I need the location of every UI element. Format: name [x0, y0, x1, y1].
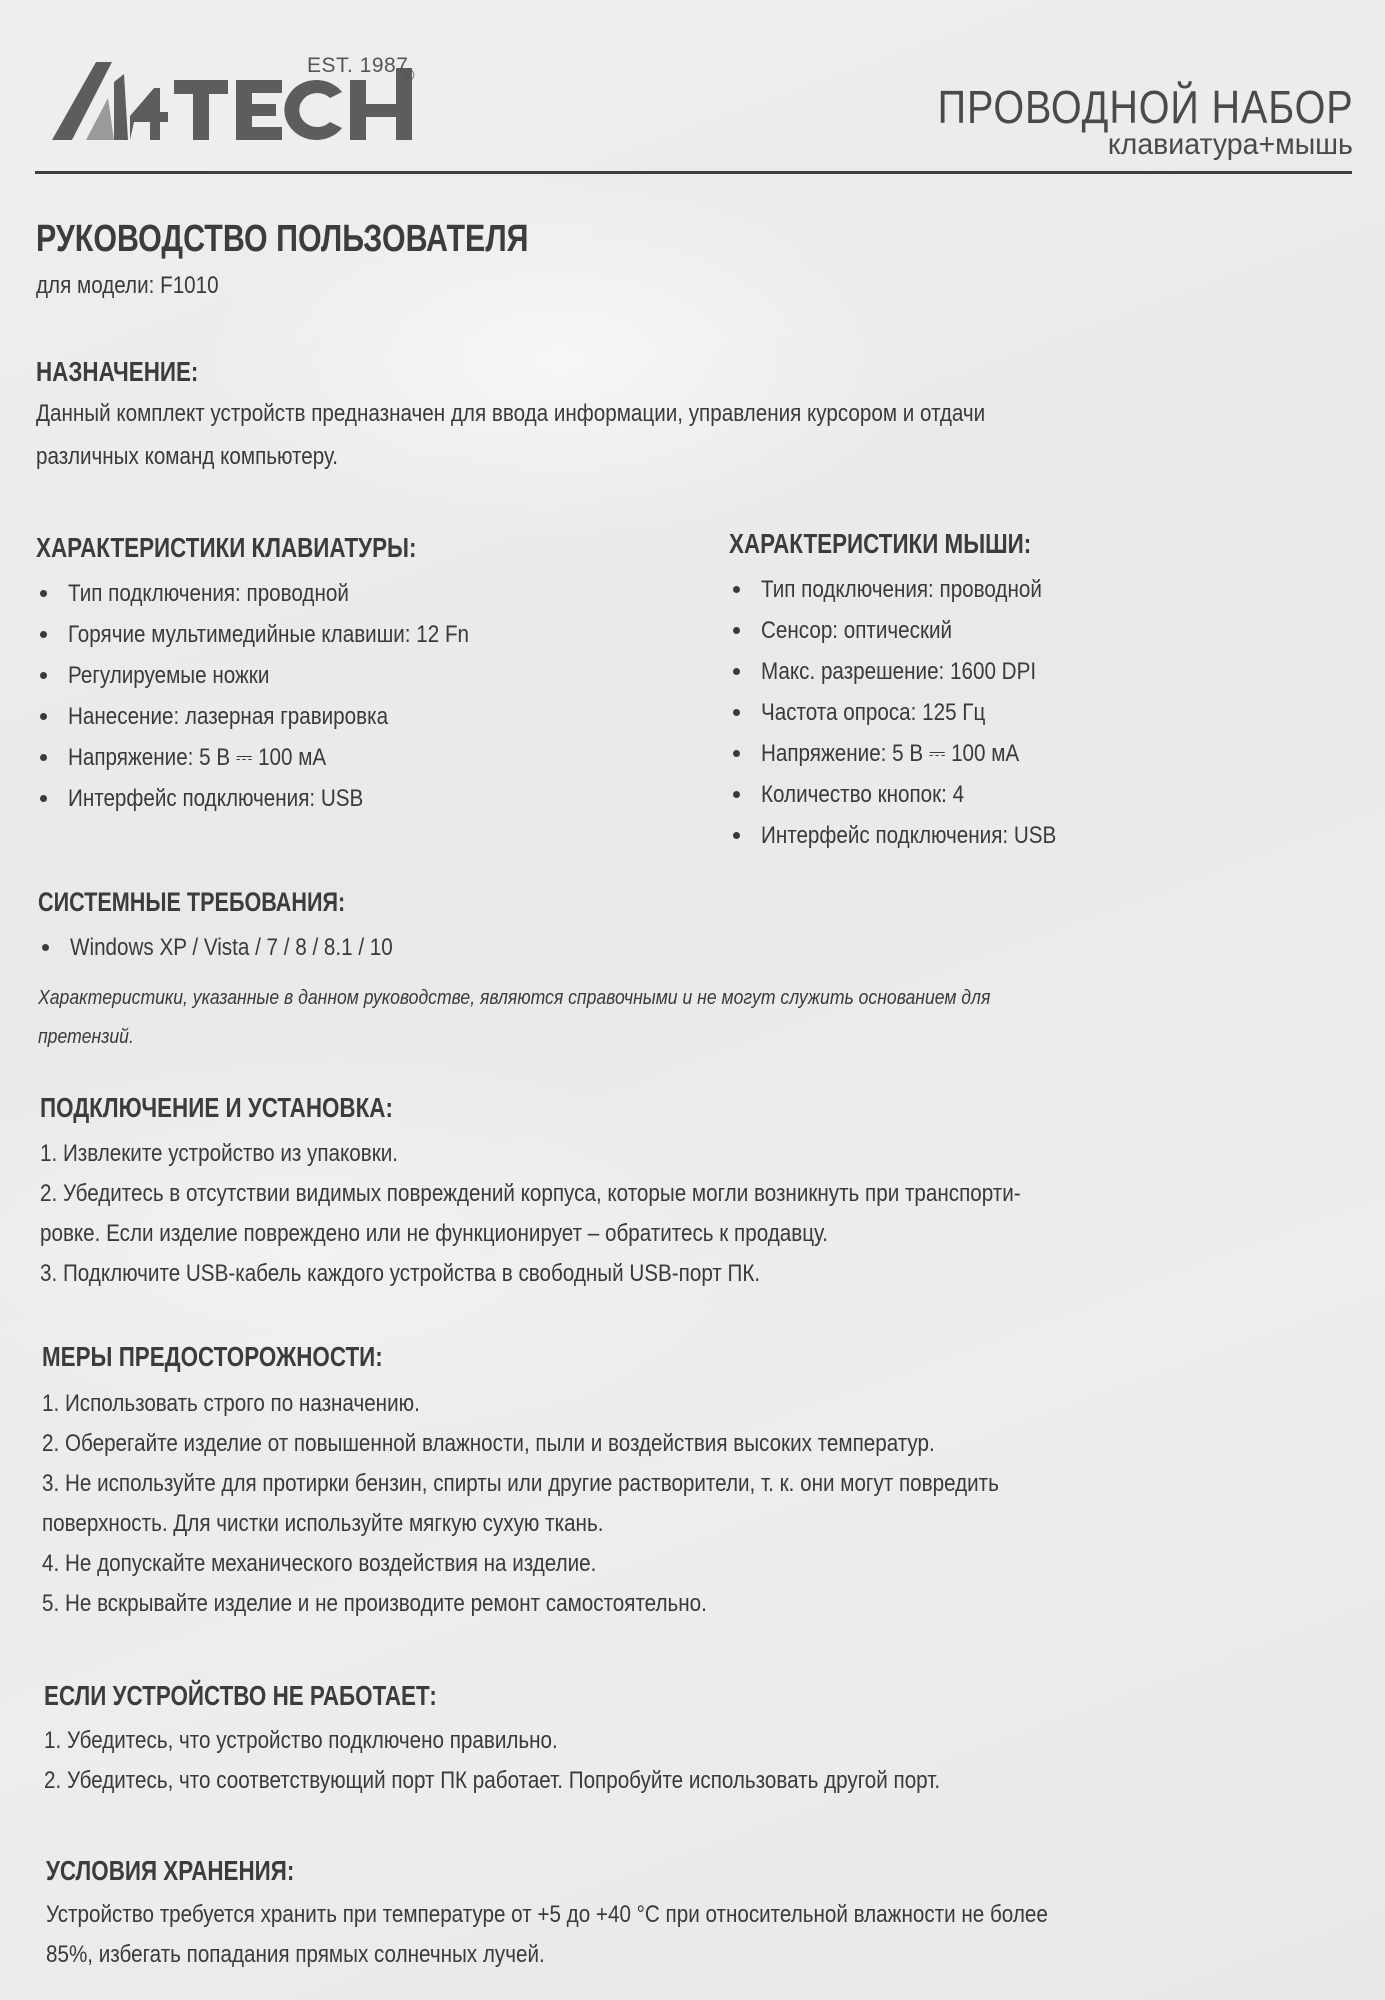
- bullet-icon: [733, 791, 740, 798]
- list-item: Интерфейс подключения: USB: [729, 815, 1104, 856]
- installation-heading: ПОДКЛЮЧЕНИЕ И УСТАНОВКА:: [40, 1092, 393, 1124]
- list-item: Макс. разрешение: 1600 DPI: [729, 651, 1104, 692]
- list-item: 2. Оберегайте изделие от повышенной влаж…: [42, 1424, 1155, 1464]
- manual-page: EST. 1987 ® ПРОВОДНОЙ НАБОР клавиатура+м…: [0, 0, 1385, 2000]
- list-item: 2. Убедитесь в отсутствии видимых повреж…: [40, 1174, 1180, 1214]
- list-item: 85%, избегать попадания прямых солнечных…: [46, 1935, 1211, 1975]
- list-item: Сенсор: оптический: [729, 610, 1104, 651]
- list-item: Windows XP / Vista / 7 / 8 / 8.1 / 10: [38, 927, 445, 968]
- list-item: 1. Убедитесь, что устройство подключено …: [44, 1721, 1086, 1761]
- bullet-icon: [40, 590, 47, 597]
- installation-steps: 1. Извлеките устройство из упаковки. 2. …: [40, 1134, 1180, 1294]
- list-item: Устройство требуется хранить при темпера…: [46, 1895, 1211, 1935]
- disclaimer-line: претензий.: [38, 1026, 134, 1049]
- system-requirements-heading: СИСТЕМНЫЕ ТРЕБОВАНИЯ:: [38, 887, 345, 918]
- list-item: Тип подключения: проводной: [729, 569, 1104, 610]
- bullet-icon: [40, 713, 47, 720]
- precautions-heading: МЕРЫ ПРЕДОСТОРОЖНОСТИ:: [42, 1341, 383, 1373]
- disclaimer-line: Характеристики, указанные в данном руков…: [38, 987, 990, 1010]
- list-item: 1. Использовать строго по назначению.: [42, 1384, 1155, 1424]
- registered-mark-icon: ®: [402, 66, 415, 86]
- purpose-heading: НАЗНАЧЕНИЕ:: [36, 356, 198, 388]
- purpose-text-line: различных команд компьютеру.: [36, 443, 338, 471]
- bullet-icon: [733, 668, 740, 675]
- list-item: поверхность. Для чистки используйте мягк…: [42, 1504, 1155, 1544]
- list-item: Напряжение: 5 В ⎓ 100 мА: [36, 737, 534, 778]
- storage-text: Устройство требуется хранить при темпера…: [46, 1895, 1211, 1975]
- bullet-icon: [40, 754, 47, 761]
- manual-title: РУКОВОДСТВО ПОЛЬЗОВАТЕЛЯ: [36, 218, 529, 261]
- bullet-icon: [733, 832, 740, 839]
- bullet-icon: [40, 795, 47, 802]
- list-item: Частота опроса: 125 Гц: [729, 692, 1104, 733]
- bullet-icon: [42, 944, 49, 951]
- storage-heading: УСЛОВИЯ ХРАНЕНИЯ:: [46, 1855, 294, 1887]
- troubleshooting-list: 1. Убедитесь, что устройство подключено …: [44, 1721, 1086, 1801]
- list-item: Напряжение: 5 В ⎓ 100 мА: [729, 733, 1104, 774]
- bullet-icon: [733, 586, 740, 593]
- list-item: Регулируемые ножки: [36, 655, 534, 696]
- list-item: Нанесение: лазерная гравировка: [36, 696, 534, 737]
- list-item: Интерфейс подключения: USB: [36, 778, 534, 819]
- bullet-icon: [733, 709, 740, 716]
- header-divider: [35, 171, 1352, 174]
- purpose-text-line: Данный комплект устройств предназначен д…: [36, 400, 985, 428]
- precautions-list: 1. Использовать строго по назначению. 2.…: [42, 1384, 1155, 1624]
- list-item: 3. Подключите USB-кабель каждого устройс…: [40, 1254, 1180, 1294]
- mouse-specs-list: Тип подключения: проводной Сенсор: оптич…: [729, 569, 1104, 856]
- bullet-icon: [40, 631, 47, 638]
- list-item: Тип подключения: проводной: [36, 573, 534, 614]
- list-item: 4. Не допускайте механического воздейств…: [42, 1544, 1155, 1584]
- product-subtitle: клавиатура+мышь: [1108, 128, 1353, 162]
- list-item: Количество кнопок: 4: [729, 774, 1104, 815]
- list-item: 2. Убедитесь, что соответствующий порт П…: [44, 1761, 1086, 1801]
- keyboard-specs-list: Тип подключения: проводной Горячие мульт…: [36, 573, 534, 819]
- list-item: 5. Не вскрывайте изделие и не производит…: [42, 1584, 1155, 1624]
- system-requirements-list: Windows XP / Vista / 7 / 8 / 8.1 / 10: [38, 927, 445, 968]
- list-item: 3. Не используйте для протирки бензин, с…: [42, 1464, 1155, 1504]
- established-year: EST. 1987: [307, 54, 408, 78]
- troubleshooting-heading: ЕСЛИ УСТРОЙСТВО НЕ РАБОТАЕТ:: [44, 1680, 437, 1712]
- list-item: 1. Извлеките устройство из упаковки.: [40, 1134, 1180, 1174]
- mouse-specs-heading: ХАРАКТЕРИСТИКИ МЫШИ:: [729, 528, 1031, 560]
- bullet-icon: [40, 672, 47, 679]
- product-title: ПРОВОДНОЙ НАБОР: [937, 80, 1353, 134]
- bullet-icon: [733, 627, 740, 634]
- bullet-icon: [733, 750, 740, 757]
- keyboard-specs-heading: ХАРАКТЕРИСТИКИ КЛАВИАТУРЫ:: [36, 532, 416, 564]
- list-item: ровке. Если изделие повреждено или не фу…: [40, 1214, 1180, 1254]
- list-item: Горячие мультимедийные клавиши: 12 Fn: [36, 614, 534, 655]
- model-line: для модели: F1010: [36, 272, 219, 300]
